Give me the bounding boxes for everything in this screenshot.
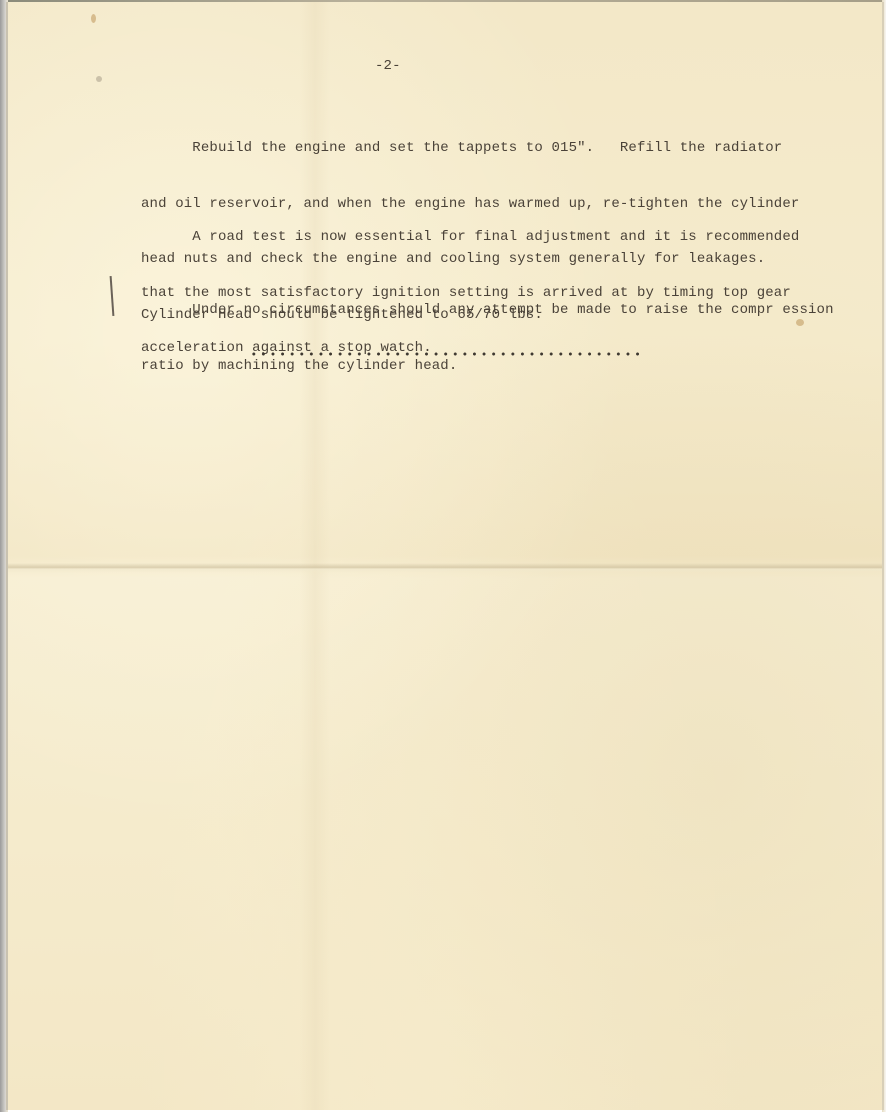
paragraph-line: ratio by machining the cylinder head.: [141, 357, 834, 376]
paragraph-compression-warning: Under no circumstances should any attemp…: [141, 264, 834, 394]
scan-left-edge: [0, 0, 8, 1112]
page-number: -2-: [375, 58, 401, 74]
paper-fold-horizontal: [8, 563, 882, 573]
scuff-mark: [96, 76, 102, 82]
dotted-separator: [249, 351, 644, 357]
paragraph-line: A road test is now essential for final a…: [141, 228, 799, 247]
paragraph-line: Under no circumstances should any attemp…: [141, 301, 834, 320]
paragraph-line: Rebuild the engine and set the tappets t…: [141, 139, 799, 158]
scan-right-edge: [882, 0, 886, 1112]
stain-mark: [91, 14, 96, 23]
